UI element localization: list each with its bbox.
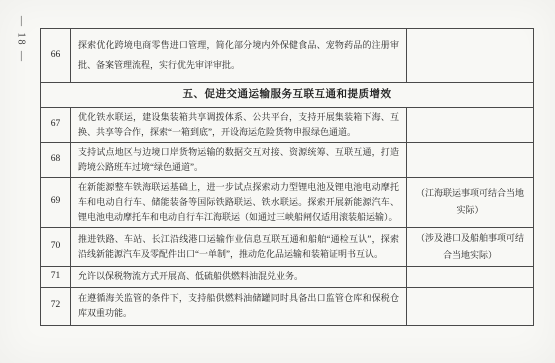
remark-cell: [407, 29, 534, 83]
row-number-cell: 66: [41, 29, 71, 83]
row-number-cell: 68: [41, 143, 71, 178]
table-row: 68 支持试点地区与边境口岸货物运输的数据交互对接、资源统筹、互联互通，打造跨境…: [41, 143, 534, 178]
measure-text-cell: 在新能源整车铁海联运基础上，进一步试点探索动力型锂电池及锂电池电动摩托车和电动自…: [71, 178, 407, 228]
measure-text-cell: 推进铁路、车站、长江沿线港口运输作业信息互联互通和船舶“通检互认”，探索沿线新能…: [71, 227, 407, 266]
document-page: — 18 — 66 探索优化跨境电商零售进口管理，简化部分境内外保健食品、宠物药…: [0, 0, 555, 363]
table-row: 67 优化铁水联运，建设集装箱共享调拨体系、公共平台，支持开展集装箱下海、互换、…: [41, 108, 534, 143]
row-number-cell: 70: [41, 227, 71, 266]
measure-text-cell: 允许以保税物流方式开展高、低硫船供燃料油混兑业务。: [71, 266, 407, 287]
remark-cell: [407, 266, 534, 287]
measure-text-cell: 探索优化跨境电商零售进口管理，简化部分境内外保健食品、宠物药品的注册审批、备案管…: [71, 29, 407, 83]
section-title: 五、促进交通运输服务互联互通和提质增效: [41, 83, 534, 108]
remark-cell: （涉及港口及船舶事项可结合当地实际）: [407, 227, 534, 266]
remark-cell: [407, 287, 534, 325]
table-row: 72 在遵循海关监管的条件下，支持船供燃料油储罐同时具备出口监管仓库和保税仓库双…: [41, 287, 534, 325]
page-number: — 18 —: [16, 9, 27, 71]
measures-table: 66 探索优化跨境电商零售进口管理，简化部分境内外保健食品、宠物药品的注册审批、…: [40, 28, 534, 326]
remark-cell: （江海联运事项可结合当地实际）: [407, 178, 534, 228]
measure-text-cell: 优化铁水联运，建设集装箱共享调拨体系、公共平台，支持开展集装箱下海、互换、共享等…: [71, 108, 407, 143]
row-number-cell: 72: [41, 287, 71, 325]
table-row: 69 在新能源整车铁海联运基础上，进一步试点探索动力型锂电池及锂电池电动摩托车和…: [41, 178, 534, 228]
measure-text-cell: 支持试点地区与边境口岸货物运输的数据交互对接、资源统筹、互联互通，打造跨境公路班…: [71, 143, 407, 178]
table-row: 70 推进铁路、车站、长江沿线港口运输作业信息互联互通和船舶“通检互认”，探索沿…: [41, 227, 534, 266]
table-row: 66 探索优化跨境电商零售进口管理，简化部分境内外保健食品、宠物药品的注册审批、…: [41, 29, 534, 83]
measure-text-cell: 在遵循海关监管的条件下，支持船供燃料油储罐同时具备出口监管仓库和保税仓库双重功能…: [71, 287, 407, 325]
table-row: 71 允许以保税物流方式开展高、低硫船供燃料油混兑业务。: [41, 266, 534, 287]
row-number-cell: 69: [41, 178, 71, 228]
row-number-cell: 67: [41, 108, 71, 143]
remark-cell: [407, 143, 534, 178]
section-header-row: 五、促进交通运输服务互联互通和提质增效: [41, 83, 534, 108]
remark-cell: [407, 108, 534, 143]
row-number-cell: 71: [41, 266, 71, 287]
